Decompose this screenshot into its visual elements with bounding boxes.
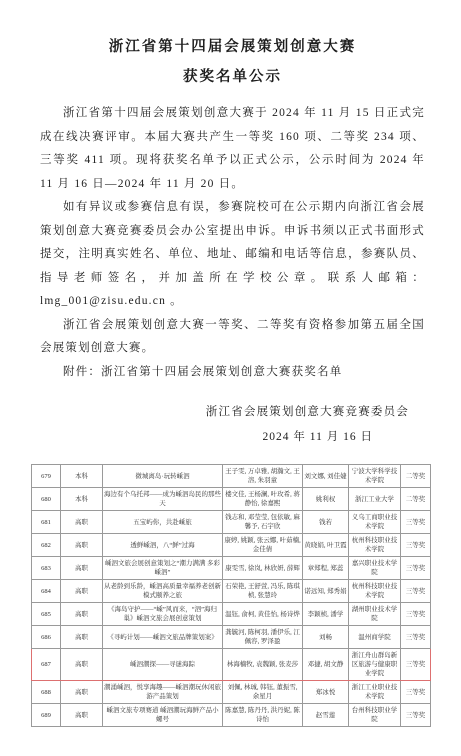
table-row: 684高职从老龄到乐龄，嵊泗高质量幸福养老创新模式颐养之旅石荣艳, 王舒萱, 冯…	[32, 580, 431, 603]
cell-cat: 高职	[61, 580, 103, 603]
cell-cat: 高职	[61, 534, 103, 557]
table-row: 685高职《海岛守护——“嵊”风而来，“泗”海归巢》嵊泗文旅会展创意策划温钰, …	[32, 603, 431, 626]
cell-title: 透鲜嵊泗，八“鲜”过海	[103, 534, 223, 557]
cell-school: 浙江舟山群岛新区旅游与健康职业学院	[349, 649, 401, 681]
cell-cat: 本科	[61, 465, 103, 488]
cell-title: 潮涌嵊泗，悦享海趣——嵊泗潮玩休闲旅游产品策划	[103, 681, 223, 704]
cell-cat: 高职	[61, 649, 103, 681]
cell-award: 二等奖	[401, 488, 431, 511]
awards-table-body: 679本科微城离岛·玩转嵊泗王子雯, 万卓雅, 胡瀚文, 王溶, 朱羽童刘文娜,…	[32, 465, 431, 727]
cell-title: 嵊泗文旅专项赛道 嵊泗潮玩海鲜产品小螺号	[103, 704, 223, 727]
cell-students: 龚毓河, 陈柯羽, 潘伊乐, 江佩容, 罗泽盈	[223, 626, 303, 649]
cell-award: 三等奖	[401, 626, 431, 649]
signature-date: 2024 年 11 月 16 日	[40, 424, 425, 450]
cell-school: 杭州科技职业技术学院	[349, 534, 401, 557]
cell-award: 三等奖	[401, 681, 431, 704]
awards-table: 679本科微城离岛·玩转嵊泗王子雯, 万卓雅, 胡瀚文, 王溶, 朱羽童刘文娜,…	[31, 464, 431, 727]
cell-teachers: 李颖桢, 潘学	[303, 603, 349, 626]
cell-students: 陈嘉慧, 陈丹丹, 洪丹妮, 陈诗怡	[223, 704, 303, 727]
table-row: 687高职嵊泗潮探——寻谜海踪林海楠牧, 袁魏颖, 张麦莎邓捷, 胡文静浙江舟山…	[32, 649, 431, 681]
cell-teachers: 黄晓娟, 叶卫霞	[303, 534, 349, 557]
cell-cat: 高职	[61, 511, 103, 534]
cell-teachers: 邓捷, 胡文静	[303, 649, 349, 681]
cell-teachers: 章郑程, 郑蕊	[303, 557, 349, 580]
cell-title: 嵊泗潮探——寻谜海踪	[103, 649, 223, 681]
cell-students: 王子雯, 万卓雅, 胡瀚文, 王溶, 朱羽童	[223, 465, 303, 488]
cell-no: 682	[32, 534, 61, 557]
cell-title: 海边有个乌托邦——成为嵊泗岛民的那些天	[103, 488, 223, 511]
cell-no: 688	[32, 681, 61, 704]
cell-award: 三等奖	[401, 557, 431, 580]
cell-no: 684	[32, 580, 61, 603]
signature-block: 浙江省会展策划创意大赛竞赛委员会 2024 年 11 月 16 日	[40, 400, 425, 450]
cell-students: 康雯雪, 徐岚, 林欣妍, 薛辉	[223, 557, 303, 580]
cell-no: 686	[32, 626, 61, 649]
cell-no: 681	[32, 511, 61, 534]
cell-no: 689	[32, 704, 61, 727]
document-body: 浙江省第十四届会展策划创意大赛于 2024 年 11 月 15 日正式完成在线决…	[40, 102, 425, 384]
document-page: 浙江省第十四届会展策划创意大赛 获奖名单公示 浙江省第十四届会展策划创意大赛于 …	[0, 0, 461, 756]
cell-students: 林海楠牧, 袁魏颖, 张麦莎	[223, 649, 303, 681]
cell-teachers: 刘畅	[303, 626, 349, 649]
table-row: 679本科微城离岛·玩转嵊泗王子雯, 万卓雅, 胡瀚文, 王溶, 朱羽童刘文娜,…	[32, 465, 431, 488]
cell-school: 浙江工业大学	[349, 488, 401, 511]
cell-students: 刘佩, 林珹, 韩钰, 董振雪, 余星月	[223, 681, 303, 704]
cell-school: 杭州科技职业技术学院	[349, 580, 401, 603]
cell-cat: 本科	[61, 488, 103, 511]
cell-no: 679	[32, 465, 61, 488]
cell-title: 五宝屿你，共赴嵊旅	[103, 511, 223, 534]
cell-award: 三等奖	[401, 534, 431, 557]
table-row: 683高职嵊泗文旅会展创意策划之“潮力满满 多彩嵊泗”康雯雪, 徐岚, 林欣妍,…	[32, 557, 431, 580]
cell-no: 680	[32, 488, 61, 511]
cell-award: 三等奖	[401, 704, 431, 727]
cell-teachers: 钱若	[303, 511, 349, 534]
cell-school: 嘉兴职业技术学院	[349, 557, 401, 580]
cell-students: 康婷, 姚颖, 张云娜, 叶茹楠, 金佳倩	[223, 534, 303, 557]
cell-cat: 高职	[61, 704, 103, 727]
cell-title: 微城离岛·玩转嵊泗	[103, 465, 223, 488]
cell-teachers: 姚利权	[303, 488, 349, 511]
table-row: 688高职潮涌嵊泗，悦享海趣——嵊泗潮玩休闲旅游产品策划刘佩, 林珹, 韩钰, …	[32, 681, 431, 704]
cell-school: 台州科技职业学院	[349, 704, 401, 727]
table-row: 681高职五宝屿你，共赴嵊旅钱志和, 邓莹莹, 包依敏, 麻馨予, 石宇欣钱若义…	[32, 511, 431, 534]
cell-title: 《寻屿计划——嵊泗文旅品牌策划案》	[103, 626, 223, 649]
table-row: 682高职透鲜嵊泗，八“鲜”过海康婷, 姚颖, 张云娜, 叶茹楠, 金佳倩黄晓娟…	[32, 534, 431, 557]
cell-school: 浙江工业职业技术学院	[349, 681, 401, 704]
cell-award: 三等奖	[401, 580, 431, 603]
cell-teachers: 郑冰悦	[303, 681, 349, 704]
cell-teachers: 诺远知, 郑秀娟	[303, 580, 349, 603]
cell-title: 嵊泗文旅会展创意策划之“潮力满满 多彩嵊泗”	[103, 557, 223, 580]
attachment-line: 附件：浙江省第十四届会展策划创意大赛获奖名单	[40, 361, 425, 385]
cell-teachers: 赵雪莲	[303, 704, 349, 727]
cell-school: 宁波大学科学技术学院	[349, 465, 401, 488]
cell-students: 石荣艳, 王舒萱, 冯乐, 陈琪桢, 张慧玲	[223, 580, 303, 603]
cell-title: 从老龄到乐龄，嵊泗高质量幸福养老创新模式颐养之旅	[103, 580, 223, 603]
cell-cat: 高职	[61, 626, 103, 649]
cell-cat: 高职	[61, 557, 103, 580]
cell-cat: 高职	[61, 603, 103, 626]
cell-award: 三等奖	[401, 649, 431, 681]
cell-no: 683	[32, 557, 61, 580]
cell-teachers: 刘文娜, 刘佳婕	[303, 465, 349, 488]
cell-no: 685	[32, 603, 61, 626]
cell-cat: 高职	[61, 681, 103, 704]
signature-committee: 浙江省会展策划创意大赛竞赛委员会	[40, 400, 425, 424]
table-row: 680本科海边有个乌托邦——成为嵊泗岛民的那些天楼文佳, 王杨澜, 叶玫希, 蒋…	[32, 488, 431, 511]
cell-no: 687	[32, 649, 61, 681]
cell-school: 湖州职业技术学院	[349, 603, 401, 626]
cell-title: 《海岛守护——“嵊”风而来，“泗”海归巢》嵊泗文旅会展创意策划	[103, 603, 223, 626]
page-title-line2: 获奖名单公示	[40, 62, 425, 92]
table-row: 689高职嵊泗文旅专项赛道 嵊泗潮玩海鲜产品小螺号陈嘉慧, 陈丹丹, 洪丹妮, …	[32, 704, 431, 727]
cell-school: 义乌工商职业技术学院	[349, 511, 401, 534]
cell-school: 温州商学院	[349, 626, 401, 649]
cell-award: 三等奖	[401, 511, 431, 534]
page-title-line1: 浙江省第十四届会展策划创意大赛	[40, 32, 425, 62]
paragraph-announcement: 浙江省第十四届会展策划创意大赛于 2024 年 11 月 15 日正式完成在线决…	[40, 102, 425, 196]
cell-students: 温钰, 俞柯, 黄佳怡, 杨诗烨	[223, 603, 303, 626]
cell-award: 二等奖	[401, 465, 431, 488]
cell-award: 三等奖	[401, 603, 431, 626]
paragraph-appeal: 如有异议或参赛信息有误，参赛院校可在公示期内向浙江省会展策划创意大赛竞赛委员会办…	[40, 196, 425, 314]
paragraph-qualification: 浙江省会展策划创意大赛一等奖、二等奖有资格参加第五届全国会展策划创意大赛。	[40, 314, 425, 361]
cell-students: 钱志和, 邓莹莹, 包依敏, 麻馨予, 石宇欣	[223, 511, 303, 534]
table-row: 686高职《寻屿计划——嵊泗文旅品牌策划案》龚毓河, 陈柯羽, 潘伊乐, 江佩容…	[32, 626, 431, 649]
cell-students: 楼文佳, 王杨澜, 叶玫希, 蒋静怡, 徐嘉熙	[223, 488, 303, 511]
